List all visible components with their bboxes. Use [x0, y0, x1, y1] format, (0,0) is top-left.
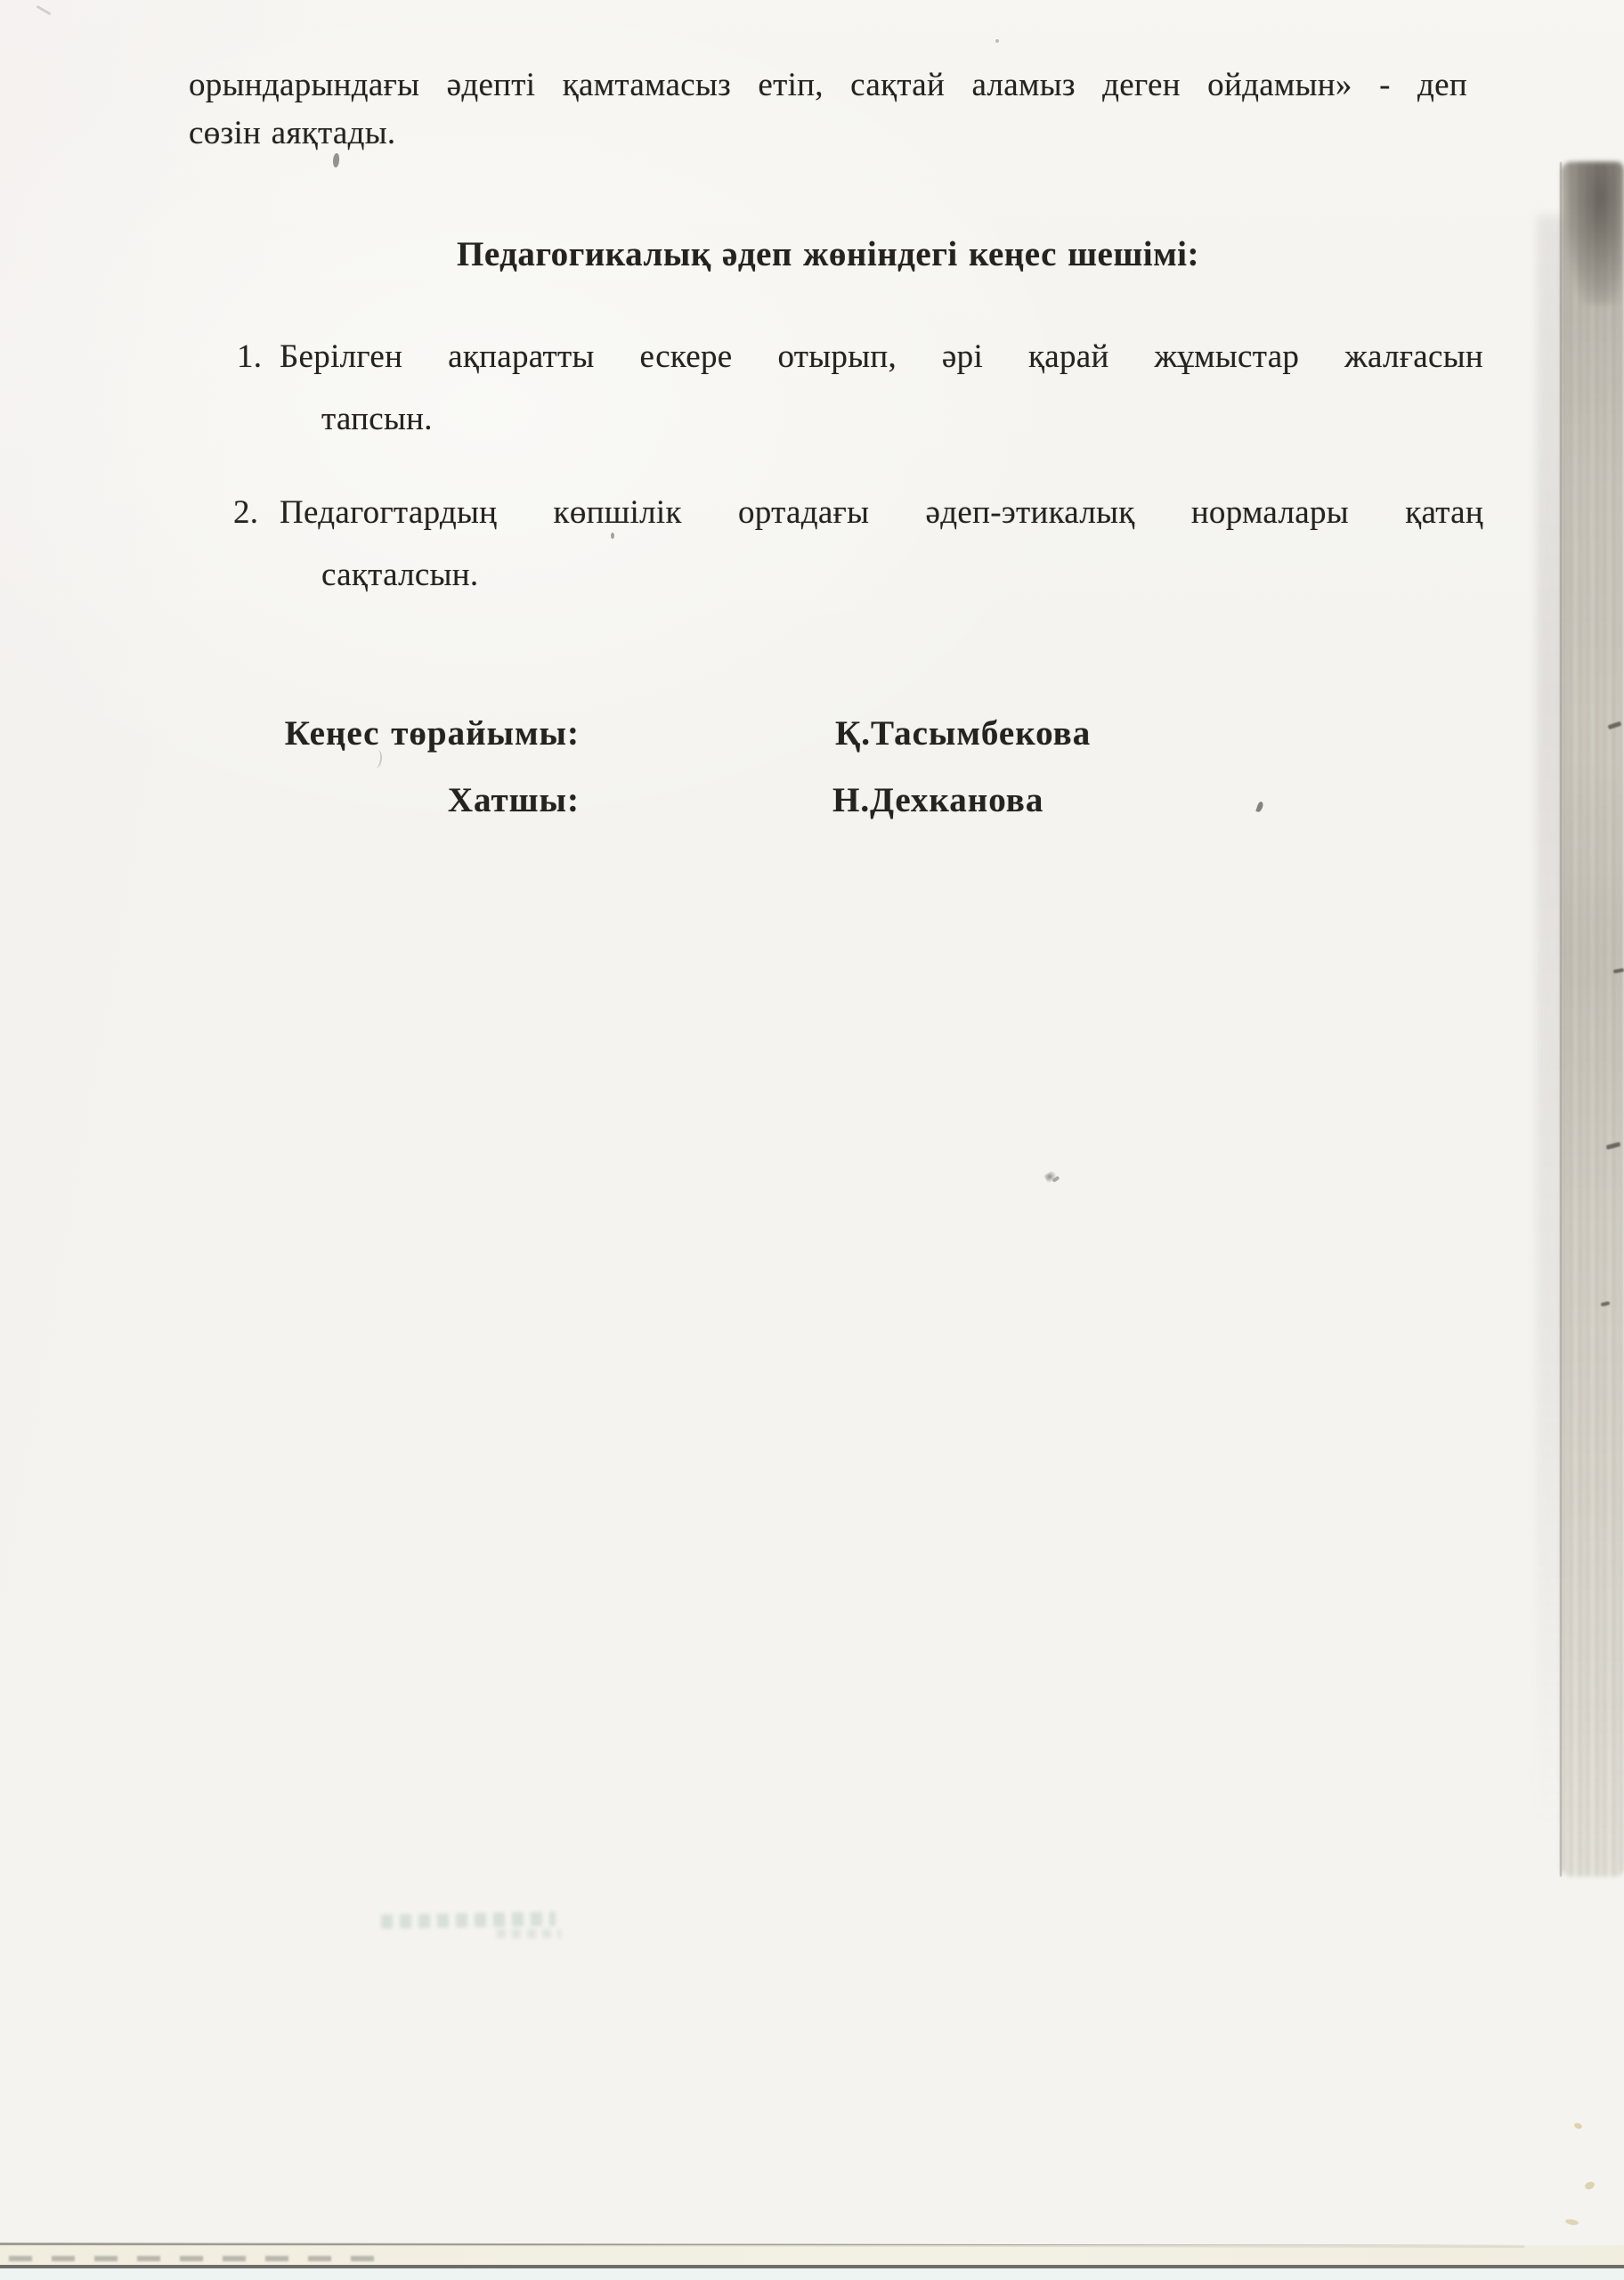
ink-speck	[332, 153, 340, 168]
yellow-speck	[1565, 2219, 1579, 2227]
decision-2-line-2: сақталсын.	[321, 554, 478, 597]
smudge-dark-top-blob	[1567, 162, 1622, 305]
bleed-through-ghost-text	[381, 1911, 556, 1928]
paragraph-line-1: орындарындағы әдепті қамтамасыз етіп, са…	[189, 64, 1467, 107]
bleed-through-ghost-text	[497, 1929, 561, 1938]
smudge-core-streak	[1562, 162, 1624, 1877]
decision-1-number: 1.	[237, 336, 262, 379]
ink-speck	[1255, 801, 1263, 812]
ink-speck	[611, 533, 614, 539]
right-edge-smudge-artifact	[1537, 162, 1624, 1877]
document-heading: Педагогикалық әдеп жөніндегі кеңес шешім…	[189, 233, 1467, 276]
signature-role-chairwoman: Кеңес төрайымы:	[255, 712, 580, 755]
bottom-edge-pencil-dashes	[9, 2256, 392, 2261]
decision-1-line-1: Берілген ақпаратты ескере отырып, әрі қа…	[280, 336, 1483, 379]
yellow-speck	[1573, 2122, 1583, 2130]
ink-speck	[995, 39, 999, 43]
signature-name-secretary: Н.Дехканова	[832, 779, 1043, 822]
signature-name-chairwoman: Қ.Тасымбекова	[835, 712, 1091, 755]
decision-1-line-2: тапсын.	[321, 398, 433, 441]
yellow-speck	[1584, 2181, 1596, 2191]
scanned-document-page: орындарындағы әдепті қамтамасыз етіп, са…	[0, 0, 1624, 2280]
paragraph-line-2: сөзін аяқтады.	[189, 112, 395, 155]
decision-2-number: 2.	[233, 492, 258, 534]
decision-2-line-1: Педагогтардың көпшілік ортадағы әдеп-эти…	[280, 492, 1483, 534]
signature-role-secretary: Хатшы:	[255, 779, 580, 822]
bottom-margin-area	[0, 2268, 1624, 2280]
ink-speck	[371, 749, 383, 768]
ink-speck	[36, 5, 51, 16]
